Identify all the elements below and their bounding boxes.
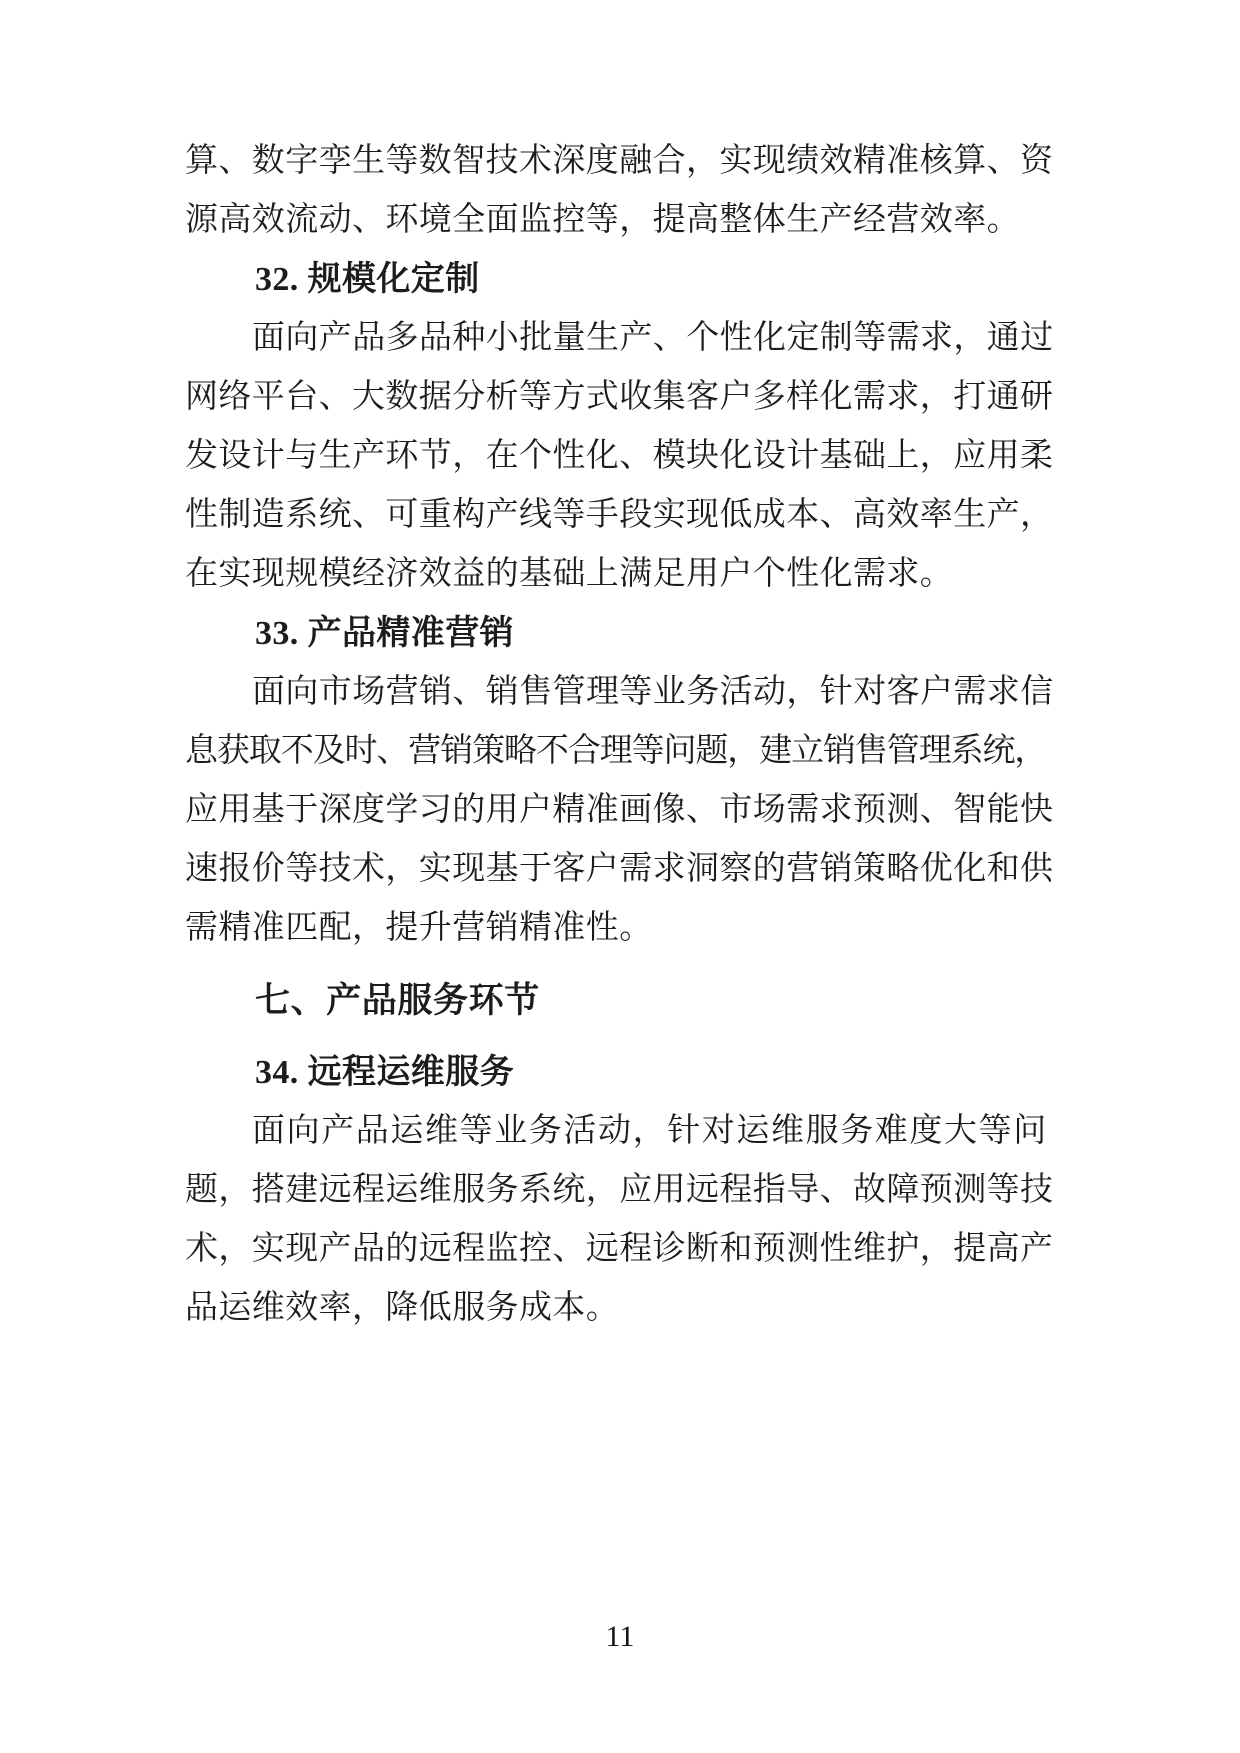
numbered-heading-32: 32. 规模化定制 [185,250,1055,309]
text-line: 网络平台、大数据分析等方式收集客户多样化需求，打通研 [185,368,1055,427]
numbered-heading-34: 34. 远程运维服务 [185,1043,1055,1102]
text-line: 面向产品多品种小批量生产、个性化定制等需求，通过 [185,309,1055,368]
numbered-heading-33: 33. 产品精准营销 [185,604,1055,663]
paragraph: 面向产品运维等业务活动，针对运维服务难度大等问 题，搭建远程运维服务系统，应用远… [185,1102,1055,1338]
document-page: 算、数字孪生等数智技术深度融合，实现绩效精准核算、资 源高效流动、环境全面监控等… [0,0,1240,1753]
paragraph: 面向产品多品种小批量生产、个性化定制等需求，通过 网络平台、大数据分析等方式收集… [185,309,1055,604]
paragraph: 面向市场营销、销售管理等业务活动，针对客户需求信 息获取不及时、营销策略不合理等… [185,663,1055,958]
paragraph-continuation: 算、数字孪生等数智技术深度融合，实现绩效精准核算、资 源高效流动、环境全面监控等… [185,132,1055,250]
text-line: 发设计与生产环节，在个性化、模块化设计基础上，应用柔 [185,427,1055,486]
text-line: 需精准匹配，提升营销精准性。 [185,899,1055,958]
text-line: 应用基于深度学习的用户精准画像、市场需求预测、智能快 [185,781,1055,840]
text-line: 面向产品运维等业务活动，针对运维服务难度大等问 [185,1102,1055,1161]
section-heading-7: 七、产品服务环节 [185,971,1055,1030]
text-line: 算、数字孪生等数智技术深度融合，实现绩效精准核算、资 [185,132,1055,191]
text-line: 品运维效率，降低服务成本。 [185,1279,1055,1338]
text-line: 术，实现产品的远程监控、远程诊断和预测性维护，提高产 [185,1220,1055,1279]
text-line: 性制造系统、可重构产线等手段实现低成本、高效率生产， [185,486,1055,545]
page-number: 11 [0,1612,1240,1662]
text-line: 息获取不及时、营销策略不合理等问题，建立销售管理系统， [185,722,1055,781]
text-line: 在实现规模经济效益的基础上满足用户个性化需求。 [185,545,1055,604]
text-line: 源高效流动、环境全面监控等，提高整体生产经营效率。 [185,191,1055,250]
text-line: 速报价等技术，实现基于客户需求洞察的营销策略优化和供 [185,840,1055,899]
text-line: 面向市场营销、销售管理等业务活动，针对客户需求信 [185,663,1055,722]
text-line: 题，搭建远程运维服务系统，应用远程指导、故障预测等技 [185,1161,1055,1220]
document-content: 算、数字孪生等数智技术深度融合，实现绩效精准核算、资 源高效流动、环境全面监控等… [185,132,1055,1338]
